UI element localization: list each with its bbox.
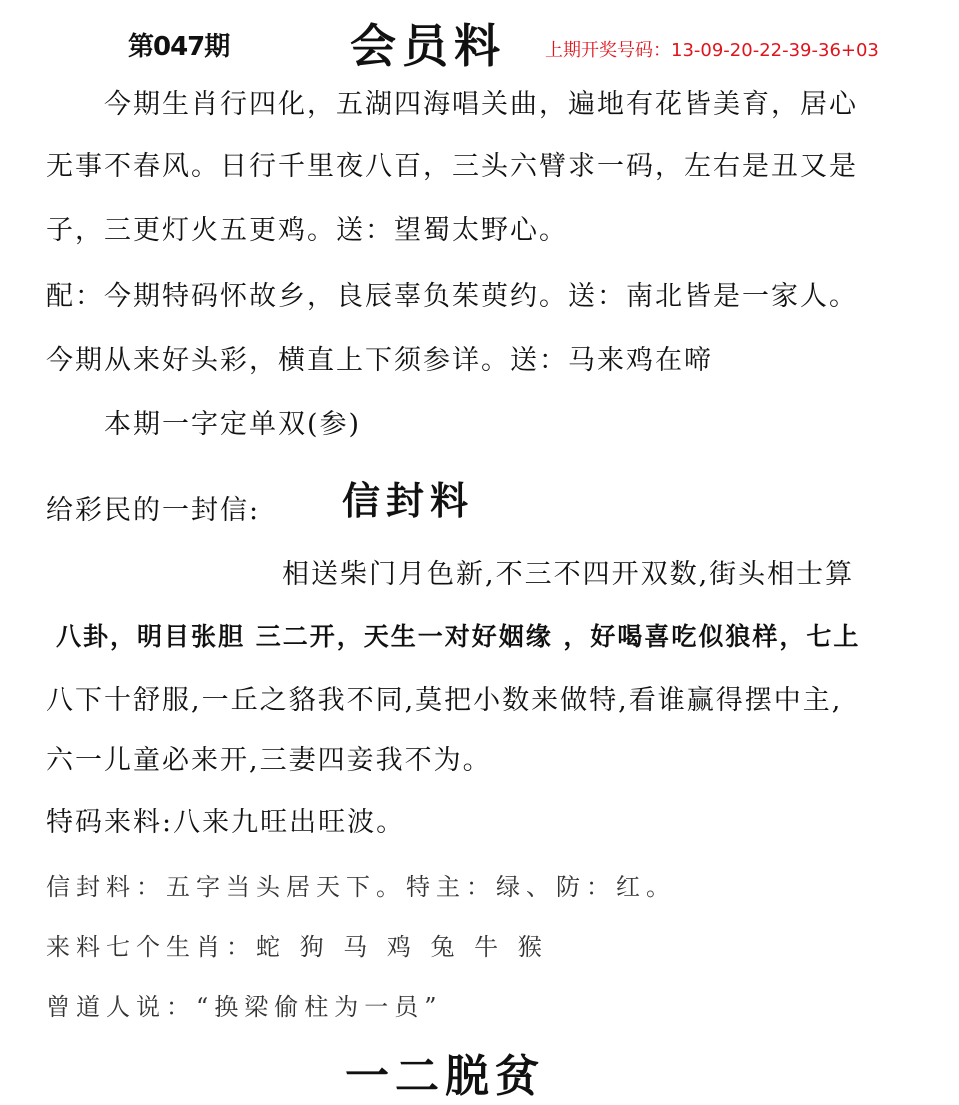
letter-line-7: 来料七个生肖：蛇 狗 马 鸡 兔 牛 猴 bbox=[46, 930, 548, 964]
member-line-5: 今期从来好头彩，横直上下须参详。送：马来鸡在啼 bbox=[46, 344, 713, 378]
letter-line-8: 曾道人说：“换梁偷柱为一员” bbox=[46, 990, 443, 1024]
page-title: 会员料 bbox=[350, 10, 506, 76]
letter-line-1: 相送柴门月色新,不三不四开双数,街头相士算 bbox=[282, 558, 854, 592]
letter-section-title: 信封料 bbox=[342, 470, 474, 525]
member-line-6: 本期一字定单双(参) bbox=[104, 408, 361, 442]
letter-line-5: 特码来料:八来九旺出旺波。 bbox=[46, 806, 405, 840]
member-line-3: 子，三更灯火五更鸡。送：望蜀太野心。 bbox=[46, 214, 568, 248]
footer-title: 一二脱贫 bbox=[345, 1040, 545, 1104]
member-line-2: 无事不春风。日行千里夜八百，三头六臂求一码，左右是丑又是 bbox=[46, 150, 858, 184]
member-line-1: 今期生肖行四化，五湖四海唱关曲，遍地有花皆美育，居心 bbox=[104, 88, 858, 122]
letter-line-2: 八卦，明目张胆 三二开，天生一对好姻缘 ，好喝喜吃似狼样，七上 bbox=[56, 620, 860, 654]
last-draw-numbers: 13-09-20-22-39-36+03 bbox=[671, 40, 879, 61]
letter-line-3: 八下十舒服,一丘之貉我不同,莫把小数来做特,看谁赢得摆中主, bbox=[46, 684, 842, 718]
last-draw-label: 上期开奖号码： bbox=[545, 40, 671, 61]
letter-line-4: 六一儿童必来开,三妻四妾我不为。 bbox=[46, 744, 492, 778]
member-line-4: 配：今期特码怀故乡，良辰辜负茱萸约。送：南北皆是一家人。 bbox=[46, 280, 858, 314]
last-draw-result: 上期开奖号码：13-09-20-22-39-36+03 bbox=[545, 36, 879, 62]
letter-line-6: 信封料：五字当头居天下。特主：绿、防：红。 bbox=[46, 870, 676, 904]
letter-intro: 给彩民的一封信: bbox=[46, 494, 260, 528]
issue-number: 第047期 bbox=[128, 26, 229, 63]
